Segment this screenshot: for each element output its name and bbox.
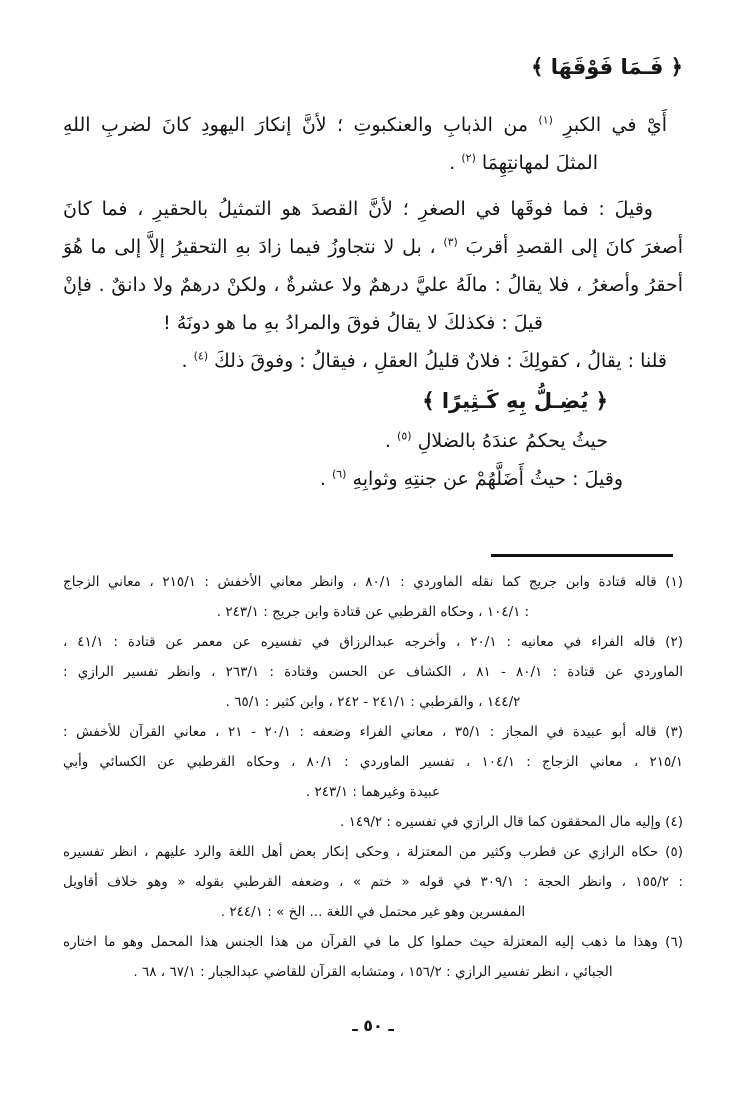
body-line: قلنا : يقالُ ، كقولِكَ : فلانٌ قليلُ الع… [63,342,683,380]
footnote-line: المفسرين وهو غير محتمل في اللغة ... الخ … [63,897,683,927]
footnote-line: (٦) وهذا ما ذهب إليه المعتزلة حيث حملوا … [63,927,683,957]
paragraph-5: وقيلَ : حيثُ أَضَلَّهُمْ عن جنتِهِ وثواب… [63,460,683,498]
footnote-4: (٤) وإليه مال المحققون كما قال الرازي في… [63,807,683,837]
footnote-line: : ١٥٥/٢ ، وانظر الحجة : ٣٠٩/١ في قوله « … [63,867,683,897]
footnote-line: الجبائي ، انظر تفسير الرازي : ١٥٦/٢ ، وم… [63,957,683,987]
footnote-6: (٦) وهذا ما ذهب إليه المعتزلة حيث حملوا … [63,927,683,987]
body-line: أحقرُ وأصغرُ ، فلا يقالُ : مالَهُ عليَّ … [63,266,683,304]
body-line: قيلَ : فكذلكَ لا يقالُ فوقَ والمرادُ بهِ… [63,304,683,342]
footnote-line: (٢) قاله الفراء في معانيه : ٢٠/١ ، وأخرج… [63,627,683,657]
footnote-line: : ١٠٤/١ ، وحكاه القرطبي عن قتادة وابن جر… [63,597,683,627]
footnote-1: (١) قاله قتادة وابن جريج كما نقله الماور… [63,567,683,627]
paragraph-3: قلنا : يقالُ ، كقولِكَ : فلانٌ قليلُ الع… [63,342,683,380]
footnote-line: (١) قاله قتادة وابن جريج كما نقله الماور… [63,567,683,597]
body-line: أَيْ في الكبرِ (١) من الذبابِ والعنكبوتِ… [63,106,683,144]
footnote-separator-rule [491,554,673,557]
body-line: وقيلَ : حيثُ أَضَلَّهُمْ عن جنتِهِ وثواب… [63,460,683,498]
footnote-line: (٥) حكاه الرازي عن قطرب وكثير من المعتزل… [63,837,683,867]
footnote-line: (٤) وإليه مال المحققون كما قال الرازي في… [63,807,683,837]
footnote-5: (٥) حكاه الرازي عن قطرب وكثير من المعتزل… [63,837,683,927]
scanned-book-page: ﴿ فَـمَا فَوْقَهَا ﴾ أَيْ في الكبرِ (١) … [0,0,746,1103]
footnote-line: عبيدة وغيرهما : ٢٤٣/١ . [63,777,683,807]
body-line: وقيلَ : فما فوقَها في الصغرِ ؛ لأنَّ الق… [63,190,683,228]
footnotes-block: (١) قاله قتادة وابن جريج كما نقله الماور… [63,567,683,987]
paragraph-2: وقيلَ : فما فوقَها في الصغرِ ؛ لأنَّ الق… [63,190,683,342]
paragraph-1: أَيْ في الكبرِ (١) من الذبابِ والعنكبوتِ… [63,106,683,182]
body-line: حيثُ يحكمُ عندَهُ بالضلالِ (٥) . [63,422,683,460]
footnote-line: (٣) قاله أبو عبيدة في المجاز : ٣٥/١ ، مع… [63,717,683,747]
body-line: أصغرَ كانَ إلى القصدِ أقربَ (٣) ، بل لا … [63,228,683,266]
footnote-3: (٣) قاله أبو عبيدة في المجاز : ٣٥/١ ، مع… [63,717,683,807]
footnote-2: (٢) قاله الفراء في معانيه : ٢٠/١ ، وأخرج… [63,627,683,717]
quran-verse-heading-2: ﴿ يُضِـلُّ بِهِ كَـثِيرًا ﴾ [63,384,683,418]
page-number: ـ ٥٠ ـ [0,1016,746,1035]
main-text-block: ﴿ فَـمَا فَوْقَهَا ﴾ أَيْ في الكبرِ (١) … [63,0,683,987]
footnote-line: ٢١٥/١ ، معاني الزجاج : ١٠٤/١ ، تفسير الم… [63,747,683,777]
footnote-line: ١٤٤/٢ ، والقرطبي : ٢٤١/١ - ٢٤٢ ، وابن كث… [63,687,683,717]
body-line: المثلَ لمهانتِهِمَا (٢) . [63,144,683,182]
footnote-line: الماوردي عن قتادة : ٨٠/١ - ٨١ ، الكشاف ع… [63,657,683,687]
quran-verse-heading-1: ﴿ فَـمَا فَوْقَهَا ﴾ [63,50,683,84]
paragraph-4: حيثُ يحكمُ عندَهُ بالضلالِ (٥) . [63,422,683,460]
